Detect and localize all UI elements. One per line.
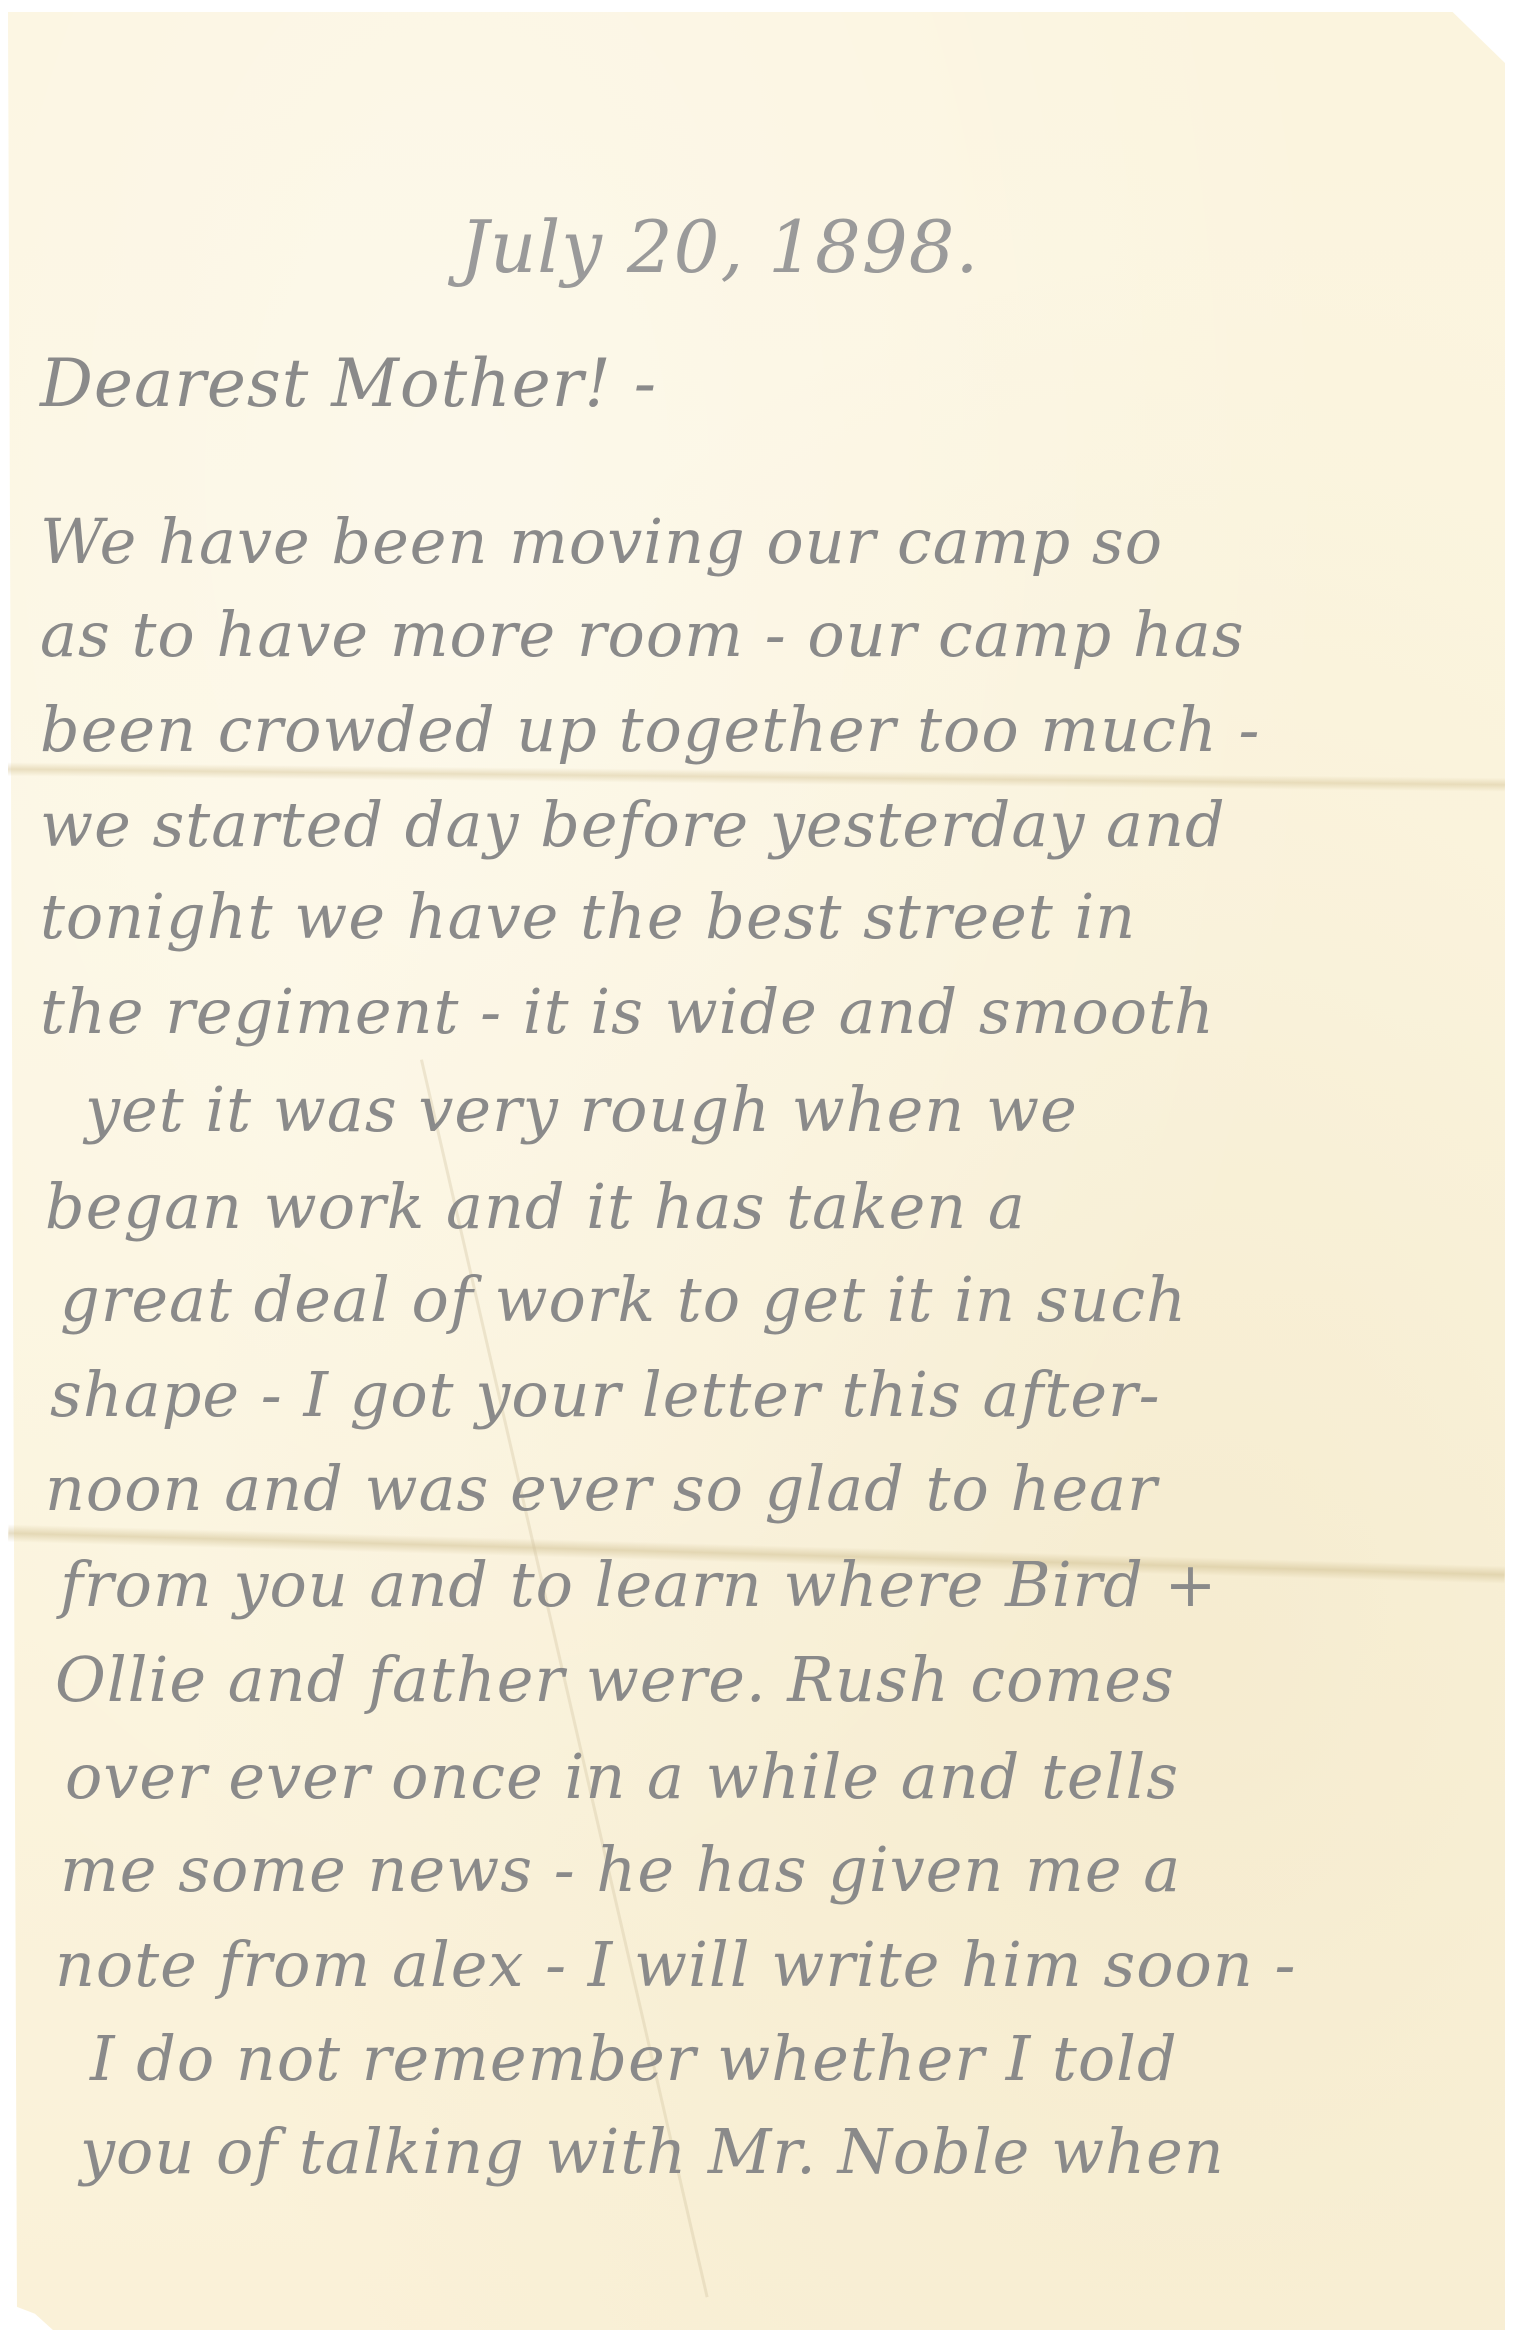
letter-line: from you and to learn where Bird + [60,1548,1218,1621]
letter-line: began work and it has taken a [45,1170,1026,1243]
letter-line: you of talking with Mr. Noble when [80,2115,1225,2188]
letter-line: me some news - he has given me a [60,1833,1181,1906]
letter-date: July 20, 1898. [460,205,979,289]
letter-line: Ollie and father were. Rush comes [55,1643,1175,1716]
letter-line: yet it was very rough when we [85,1073,1078,1146]
letter-salutation: Dearest Mother! - [40,345,657,422]
letter-line: shape - I got your letter this after- [50,1358,1161,1431]
letter-line: been crowded up together too much - [40,693,1260,766]
letter-line: note from alex - I will write him soon - [55,1928,1296,2001]
letter-line: we started day before yesterday and [40,788,1226,861]
letter-line: the regiment - it is wide and smooth [40,975,1215,1048]
letter-line: I do not remember whether I told [90,2022,1178,2095]
letter-line: as to have more room - our camp has [40,598,1245,671]
letter-line: great deal of work to get it in such [60,1263,1187,1336]
letter-line: tonight we have the best street in [40,880,1136,953]
letter-line: noon and was ever so glad to hear [45,1452,1158,1525]
letter-line: We have been moving our camp so [40,505,1163,578]
letter-line: over ever once in a while and tells [65,1740,1179,1813]
